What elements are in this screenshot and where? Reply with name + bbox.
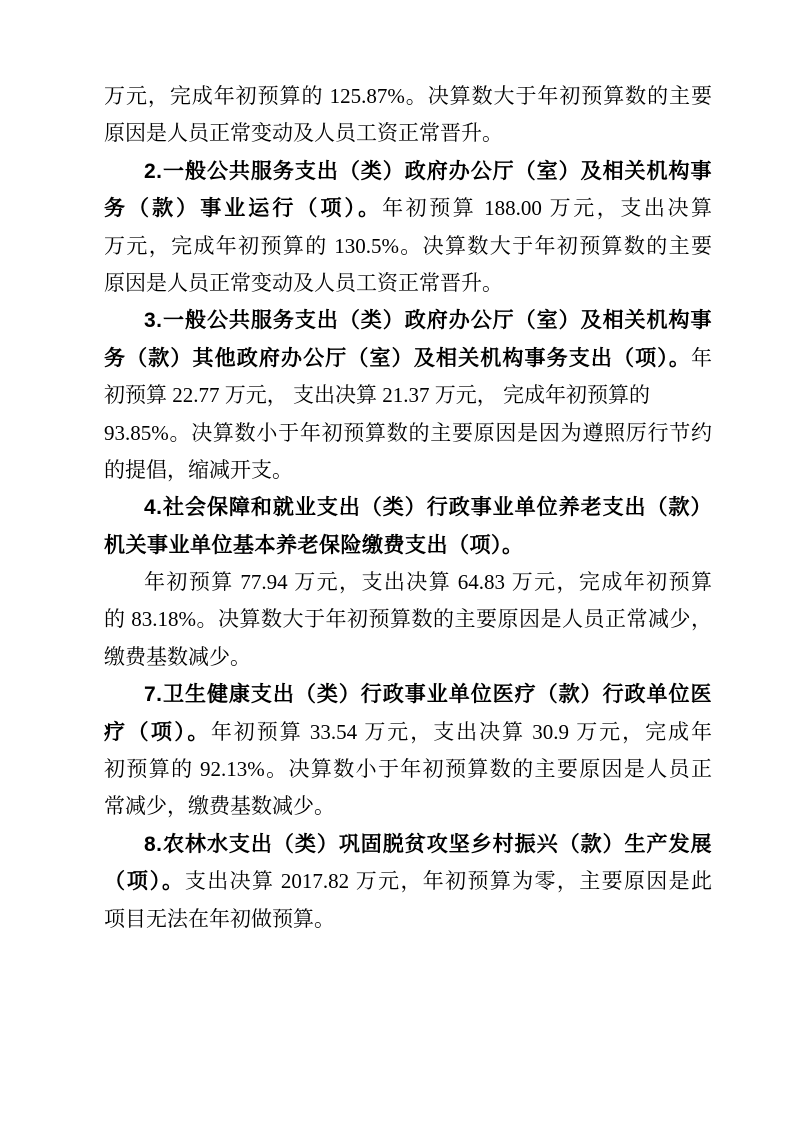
text-line: 初预算的 92.13%。决算数小于年初预算数的主要原因是人员正 [104, 751, 712, 788]
text-line: 4.社会保障和就业支出（类）行政事业单位养老支出（款） [104, 489, 712, 526]
body-text-run: 初预算的 92.13%。决算数小于年初预算数的主要原因是人员正 [104, 757, 712, 781]
body-text-run: 万元，完成年初预算的 125.87%。决算数大于年初预算数的主要 [104, 84, 712, 108]
paragraph-section-8: 8.农林水支出（类）巩固脱贫攻坚乡村振兴（款）生产发展（项）。支出决算 2017… [104, 826, 712, 938]
body-text-run: 常减少，缴费基数减少。 [104, 794, 335, 818]
text-line: 初预算 22.77 万元， 支出决算 21.37 万元， 完成年初预算的 [104, 377, 712, 414]
paragraph-section-4-heading: 4.社会保障和就业支出（类）行政事业单位养老支出（款）机关事业单位基本养老保险缴… [104, 489, 712, 564]
body-text-run: 万元，完成年初预算的 130.5%。决算数大于年初预算数的主要 [104, 234, 712, 258]
text-line: 原因是人员正常变动及人员工资正常晋升。 [104, 115, 712, 152]
text-line: 缴费基数减少。 [104, 639, 712, 676]
text-line: 7.卫生健康支出（类）行政事业单位医疗（款）行政单位医 [104, 676, 712, 713]
text-line: 的 83.18%。决算数大于年初预算数的主要原因是人员正常减少， [104, 601, 712, 638]
body-text-run: 初预算 22.77 万元， 支出决算 21.37 万元， 完成年初预算的 [104, 383, 650, 407]
document-body: 万元，完成年初预算的 125.87%。决算数大于年初预算数的主要原因是人员正常变… [104, 78, 712, 938]
text-line: 万元，完成年初预算的 125.87%。决算数大于年初预算数的主要 [104, 78, 712, 115]
text-line: 万元，完成年初预算的 130.5%。决算数大于年初预算数的主要 [104, 228, 712, 265]
text-line: 机关事业单位基本养老保险缴费支出（项）。 [104, 527, 712, 564]
heading-text-run: 2.一般公共服务支出（类）政府办公厅（室）及相关机构事 [144, 160, 712, 183]
text-line: 原因是人员正常变动及人员工资正常晋升。 [104, 265, 712, 302]
text-line: 项目无法在年初做预算。 [104, 901, 712, 938]
document-page: 万元，完成年初预算的 125.87%。决算数大于年初预算数的主要原因是人员正常变… [0, 0, 793, 1122]
body-text-run: 年 [691, 346, 712, 370]
heading-text-run: 3.一般公共服务支出（类）政府办公厅（室）及相关机构事 [144, 309, 712, 332]
text-line: 常减少，缴费基数减少。 [104, 788, 712, 825]
text-line: （项）。支出决算 2017.82 万元，年初预算为零，主要原因是此 [104, 863, 712, 900]
body-text-run: 缴费基数减少。 [104, 645, 251, 669]
heading-text-run: 7.卫生健康支出（类）行政事业单位医疗（款）行政单位医 [144, 683, 712, 706]
heading-text-run: 疗（项）。 [104, 721, 211, 744]
body-text-run: 的提倡，缩减开支。 [104, 458, 293, 482]
paragraph-section-4-body: 年初预算 77.94 万元，支出决算 64.83 万元，完成年初预算的 83.1… [104, 564, 712, 676]
text-line: 8.农林水支出（类）巩固脱贫攻坚乡村振兴（款）生产发展 [104, 826, 712, 863]
heading-text-run: 8.农林水支出（类）巩固脱贫攻坚乡村振兴（款）生产发展 [144, 833, 712, 856]
heading-text-run: 机关事业单位基本养老保险缴费支出（项）。 [104, 534, 524, 557]
body-text-run: 项目无法在年初做预算。 [104, 907, 335, 931]
heading-text-run: 务（款）其他政府办公厅（室）及相关机构事务支出（项）。 [104, 347, 691, 370]
heading-text-run: 4.社会保障和就业支出（类）行政事业单位养老支出（款） [144, 496, 712, 519]
body-text-run: 支出决算 2017.82 万元，年初预算为零，主要原因是此 [185, 869, 712, 893]
text-line: 务（款）事业运行（项）。年初预算 188.00 万元，支出决算 245.34 [104, 190, 712, 227]
paragraph-section-1-continuation: 万元，完成年初预算的 125.87%。决算数大于年初预算数的主要原因是人员正常变… [104, 78, 712, 153]
body-text-run: 93.85%。决算数小于年初预算数的主要原因是因为遵照厉行节约 [104, 421, 712, 445]
body-text-run: 年初预算 33.54 万元，支出决算 30.9 万元，完成年 [211, 720, 712, 744]
body-text-run: 年初预算 77.94 万元，支出决算 64.83 万元，完成年初预算 [144, 570, 712, 594]
paragraph-section-3: 3.一般公共服务支出（类）政府办公厅（室）及相关机构事务（款）其他政府办公厅（室… [104, 302, 712, 489]
body-text-run: 的 83.18%。决算数大于年初预算数的主要原因是人员正常减少， [104, 607, 712, 631]
text-line: 年初预算 77.94 万元，支出决算 64.83 万元，完成年初预算 [104, 564, 712, 601]
paragraph-section-2: 2.一般公共服务支出（类）政府办公厅（室）及相关机构事务（款）事业运行（项）。年… [104, 153, 712, 303]
body-text-run: 原因是人员正常变动及人员工资正常晋升。 [104, 271, 503, 295]
text-line: 的提倡，缩减开支。 [104, 452, 712, 489]
body-text-run: 原因是人员正常变动及人员工资正常晋升。 [104, 121, 503, 145]
heading-text-run: （项）。 [104, 870, 185, 893]
text-line: 2.一般公共服务支出（类）政府办公厅（室）及相关机构事 [104, 153, 712, 190]
text-line: 务（款）其他政府办公厅（室）及相关机构事务支出（项）。年 [104, 340, 712, 377]
paragraph-section-7: 7.卫生健康支出（类）行政事业单位医疗（款）行政单位医疗（项）。年初预算 33.… [104, 676, 712, 826]
heading-text-run: 务（款）事业运行（项）。 [104, 197, 382, 220]
text-line: 3.一般公共服务支出（类）政府办公厅（室）及相关机构事 [104, 302, 712, 339]
text-line: 疗（项）。年初预算 33.54 万元，支出决算 30.9 万元，完成年 [104, 714, 712, 751]
text-line: 93.85%。决算数小于年初预算数的主要原因是因为遵照厉行节约 [104, 415, 712, 452]
